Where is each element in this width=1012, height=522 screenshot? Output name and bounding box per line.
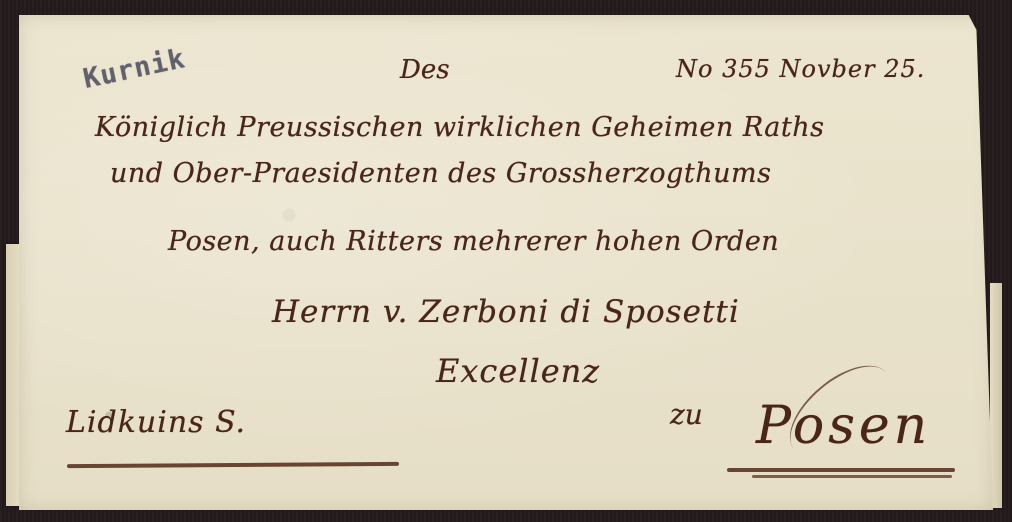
address-line-1: Königlich Preussischen wirklichen Geheim… bbox=[95, 112, 824, 143]
city-underline-second bbox=[752, 475, 952, 478]
address-line-3: Posen, auch Ritters mehrerer hohen Orden bbox=[168, 226, 779, 257]
addressee-title: Excellenz bbox=[436, 352, 600, 390]
city-underline bbox=[727, 468, 955, 472]
sender-note: Lidkuins S. bbox=[66, 405, 246, 440]
destination-prefix: zu bbox=[670, 398, 703, 431]
addressee-name: Herrn v. Zerboni di Sposetti bbox=[272, 294, 740, 330]
reference-number: No 355 Novber 25. bbox=[676, 55, 925, 83]
address-line-2: und Ober-Praesidenten des Grossherzogthu… bbox=[110, 158, 771, 189]
letter-back-flap-right bbox=[990, 283, 1002, 508]
salutation: Des bbox=[400, 55, 450, 85]
